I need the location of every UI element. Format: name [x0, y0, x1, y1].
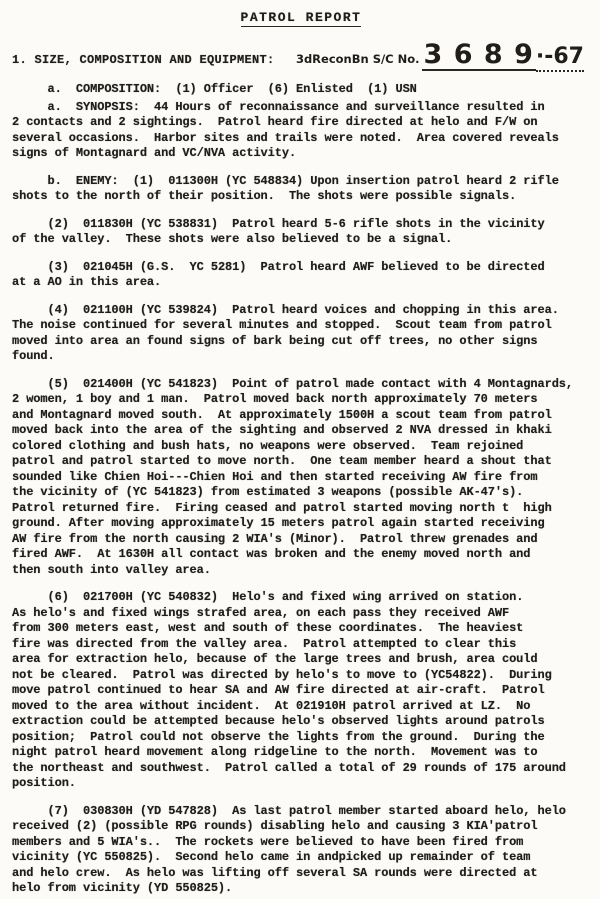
section-heading: 1. SIZE, COMPOSITION AND EQUIPMENT: — [12, 41, 275, 67]
report-paragraph-enemy-7: (7) 030830H (YD 547828) As last patrol m… — [12, 804, 590, 897]
report-paragraph-composition: a. COMPOSITION: (1) Officer (6) Enlisted… — [12, 82, 590, 98]
serial-number: 3 6 8 9 — [422, 41, 536, 71]
report-title-wrap: PATROL REPORT — [12, 8, 590, 27]
report-title: PATROL REPORT — [241, 10, 362, 27]
report-paragraph-enemy-4: (4) 021100H (YC 539824) Patrol heard voi… — [12, 303, 590, 365]
report-header-row: 1. SIZE, COMPOSITION AND EQUIPMENT: 3dRe… — [12, 41, 590, 72]
report-paragraph-enemy-6: (6) 021700H (YC 540832) Helo's and fixed… — [12, 590, 590, 792]
report-paragraph-enemy-2: (2) 011830H (YC 538831) Patrol heard 5-6… — [12, 217, 590, 248]
serial-label: 3dReconBn S/C No. — [296, 52, 420, 66]
serial-block: 3dReconBn S/C No. 3 6 8 9 ·-67 — [296, 41, 590, 72]
report-body: a. COMPOSITION: (1) Officer (6) Enlisted… — [12, 82, 590, 897]
serial-suffix: ·-67 — [536, 46, 584, 72]
report-paragraph-enemy-3: (3) 021045H (G.S. YC 5281) Patrol heard … — [12, 260, 590, 291]
report-paragraph-enemy-5: (5) 021400H (YC 541823) Point of patrol … — [12, 377, 590, 579]
report-paragraph-synopsis: a. SYNOPSIS: 44 Hours of reconnaissance … — [12, 100, 590, 162]
patrol-report-page: PATROL REPORT 1. SIZE, COMPOSITION AND E… — [0, 0, 600, 899]
report-paragraph-enemy-1: b. ENEMY: (1) 011300H (YC 548834) Upon i… — [12, 174, 590, 205]
